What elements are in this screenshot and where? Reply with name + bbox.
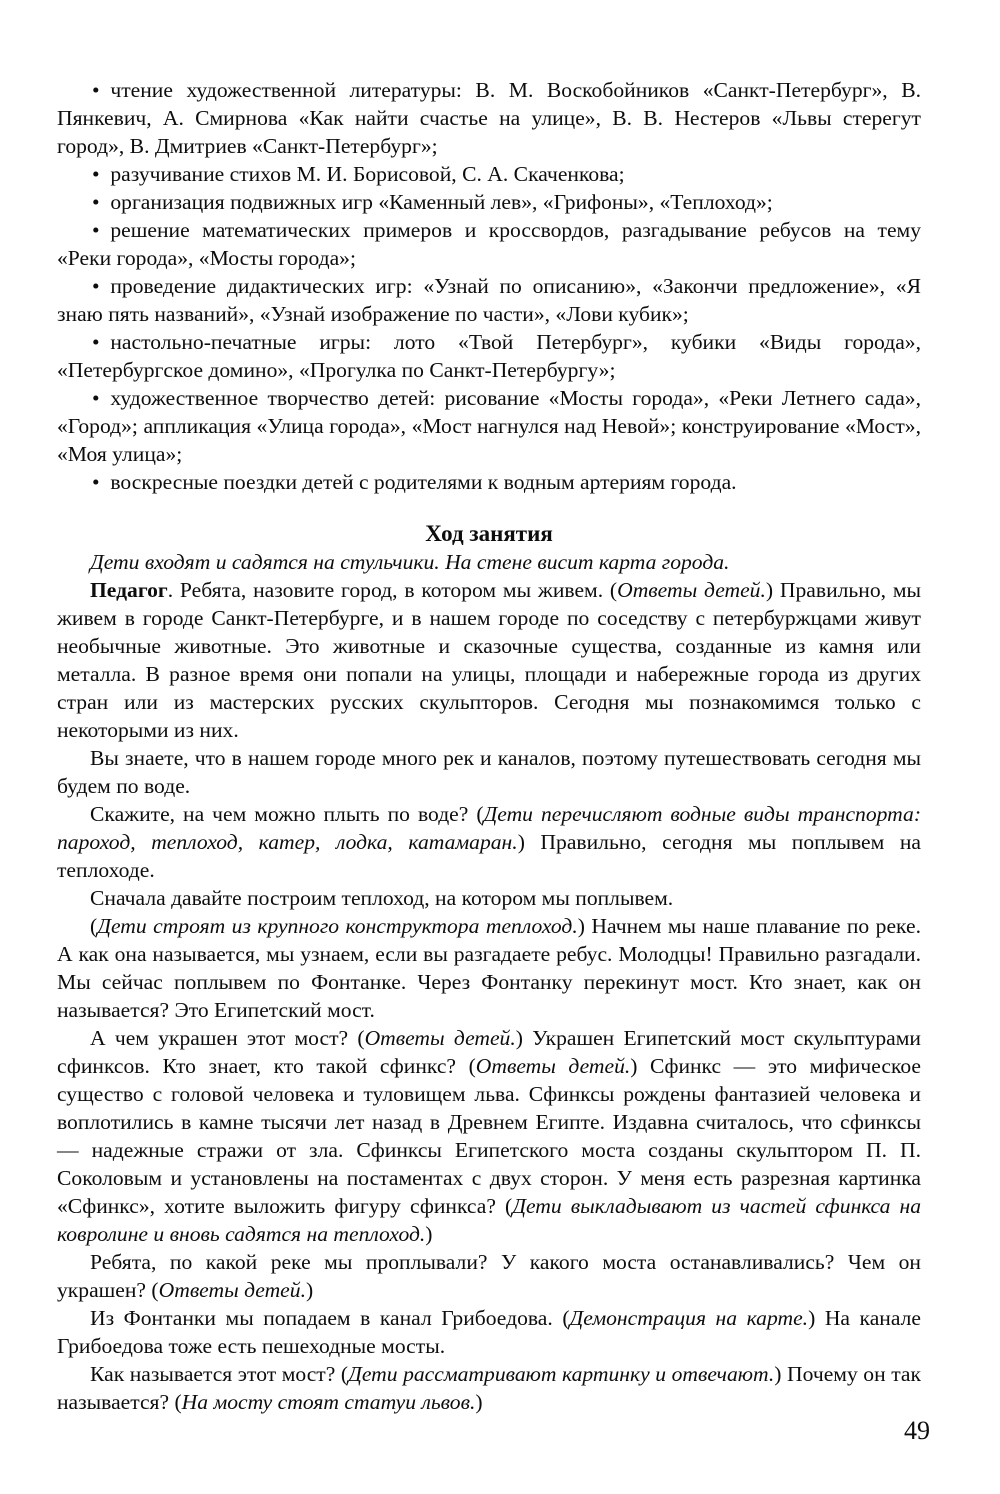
text-segment: Ответы детей. [365,1026,516,1050]
paragraph: А чем украшен этот мост? (Ответы детей.)… [57,1024,921,1248]
text-segment: Ответы детей. [617,578,766,602]
text-segment: ) [306,1278,313,1302]
text-segment: проведение дидактических игр: «Узнай по … [57,274,921,326]
text-segment: Из Фонтанки мы попадаем в канал Грибоедо… [90,1306,570,1330]
page-number: 49 [904,1416,930,1446]
bullet-marker-icon: • [92,330,110,354]
bullet-marker-icon: • [92,274,110,298]
paragraph: Скажите, на чем можно плыть по воде? (Де… [57,800,921,884]
text-segment: воскресные поездки детей с родителями к … [110,470,736,494]
text-segment: Скажите, на чем можно плыть по воде? ( [90,802,484,826]
text-segment: чтение художественной литературы: В. М. … [57,78,921,158]
paragraph: Сначала давайте построим теплоход, на ко… [57,884,921,912]
paragraph: Как называется этот мост? (Дети рассматр… [57,1360,921,1416]
bullet-item: • чтение художественной литературы: В. М… [57,76,921,160]
text-segment: А чем украшен этот мост? ( [90,1026,365,1050]
text-segment: организация подвижных игр «Каменный лев»… [110,190,772,214]
text-segment: На мосту стоят статуи львов. [182,1390,476,1414]
text-segment: решение математических примеров и кроссв… [57,218,921,270]
bullet-marker-icon: • [92,470,110,494]
text-segment: Педагог [90,578,168,602]
bullet-item: • проведение дидактических игр: «Узнай п… [57,272,921,328]
text-segment: Дети строят из крупного конструктора теп… [97,914,578,938]
paragraph: Ребята, по какой реке мы проплывали? У к… [57,1248,921,1304]
text-segment: Вы знаете, что в нашем городе много рек … [57,746,921,798]
text-segment: Демонстрация на карте. [570,1306,809,1330]
text-segment: ) Правильно, мы живем в городе Санкт-Пет… [57,578,921,742]
text-segment: ) [475,1390,482,1414]
bullet-marker-icon: • [92,218,110,242]
text-segment: ) [425,1222,432,1246]
text-segment: разучивание стихов М. И. Борисовой, С. А… [110,162,624,186]
bullet-item: • разучивание стихов М. И. Борисовой, С.… [57,160,921,188]
text-segment: . Ребята, назовите город, в котором мы ж… [168,578,617,602]
text-segment: настольно-печатные игры: лото «Твой Пете… [57,330,921,382]
bullet-item: • воскресные поездки детей с родителями … [57,468,921,496]
bullet-marker-icon: • [92,190,110,214]
text-segment: Сначала давайте построим теплоход, на ко… [90,886,673,910]
bullet-marker-icon: • [92,386,110,410]
text-segment: Ответы детей. [159,1278,306,1302]
paragraph: (Дети строят из крупного конструктора те… [57,912,921,1024]
paragraph: Педагог. Ребята, назовите город, в котор… [57,576,921,744]
book-page: • чтение художественной литературы: В. М… [0,0,1000,1494]
bullet-item: • решение математических примеров и крос… [57,216,921,272]
text-segment: Ответы детей. [476,1054,631,1078]
text-segment: художественное творчество детей: рисован… [57,386,921,466]
text-segment: Как называется этот мост? ( [90,1362,348,1386]
bullet-marker-icon: • [92,162,110,186]
paragraph: Из Фонтанки мы попадаем в канал Грибоедо… [57,1304,921,1360]
bullet-item: • настольно-печатные игры: лото «Твой Пе… [57,328,921,384]
bullet-item: • организация подвижных игр «Каменный ле… [57,188,921,216]
text-segment: Дети рассматривают картинку и отвечают. [348,1362,774,1386]
section-heading: Ход занятия [57,520,921,548]
bullet-marker-icon: • [92,78,110,102]
paragraph: Вы знаете, что в нашем городе много рек … [57,744,921,800]
text-segment: Дети входят и садятся на стульчики. На с… [90,550,729,574]
stage-direction: Дети входят и садятся на стульчики. На с… [57,548,921,576]
bullet-item: • художественное творчество детей: рисов… [57,384,921,468]
text-flow: • чтение художественной литературы: В. М… [57,76,921,1416]
